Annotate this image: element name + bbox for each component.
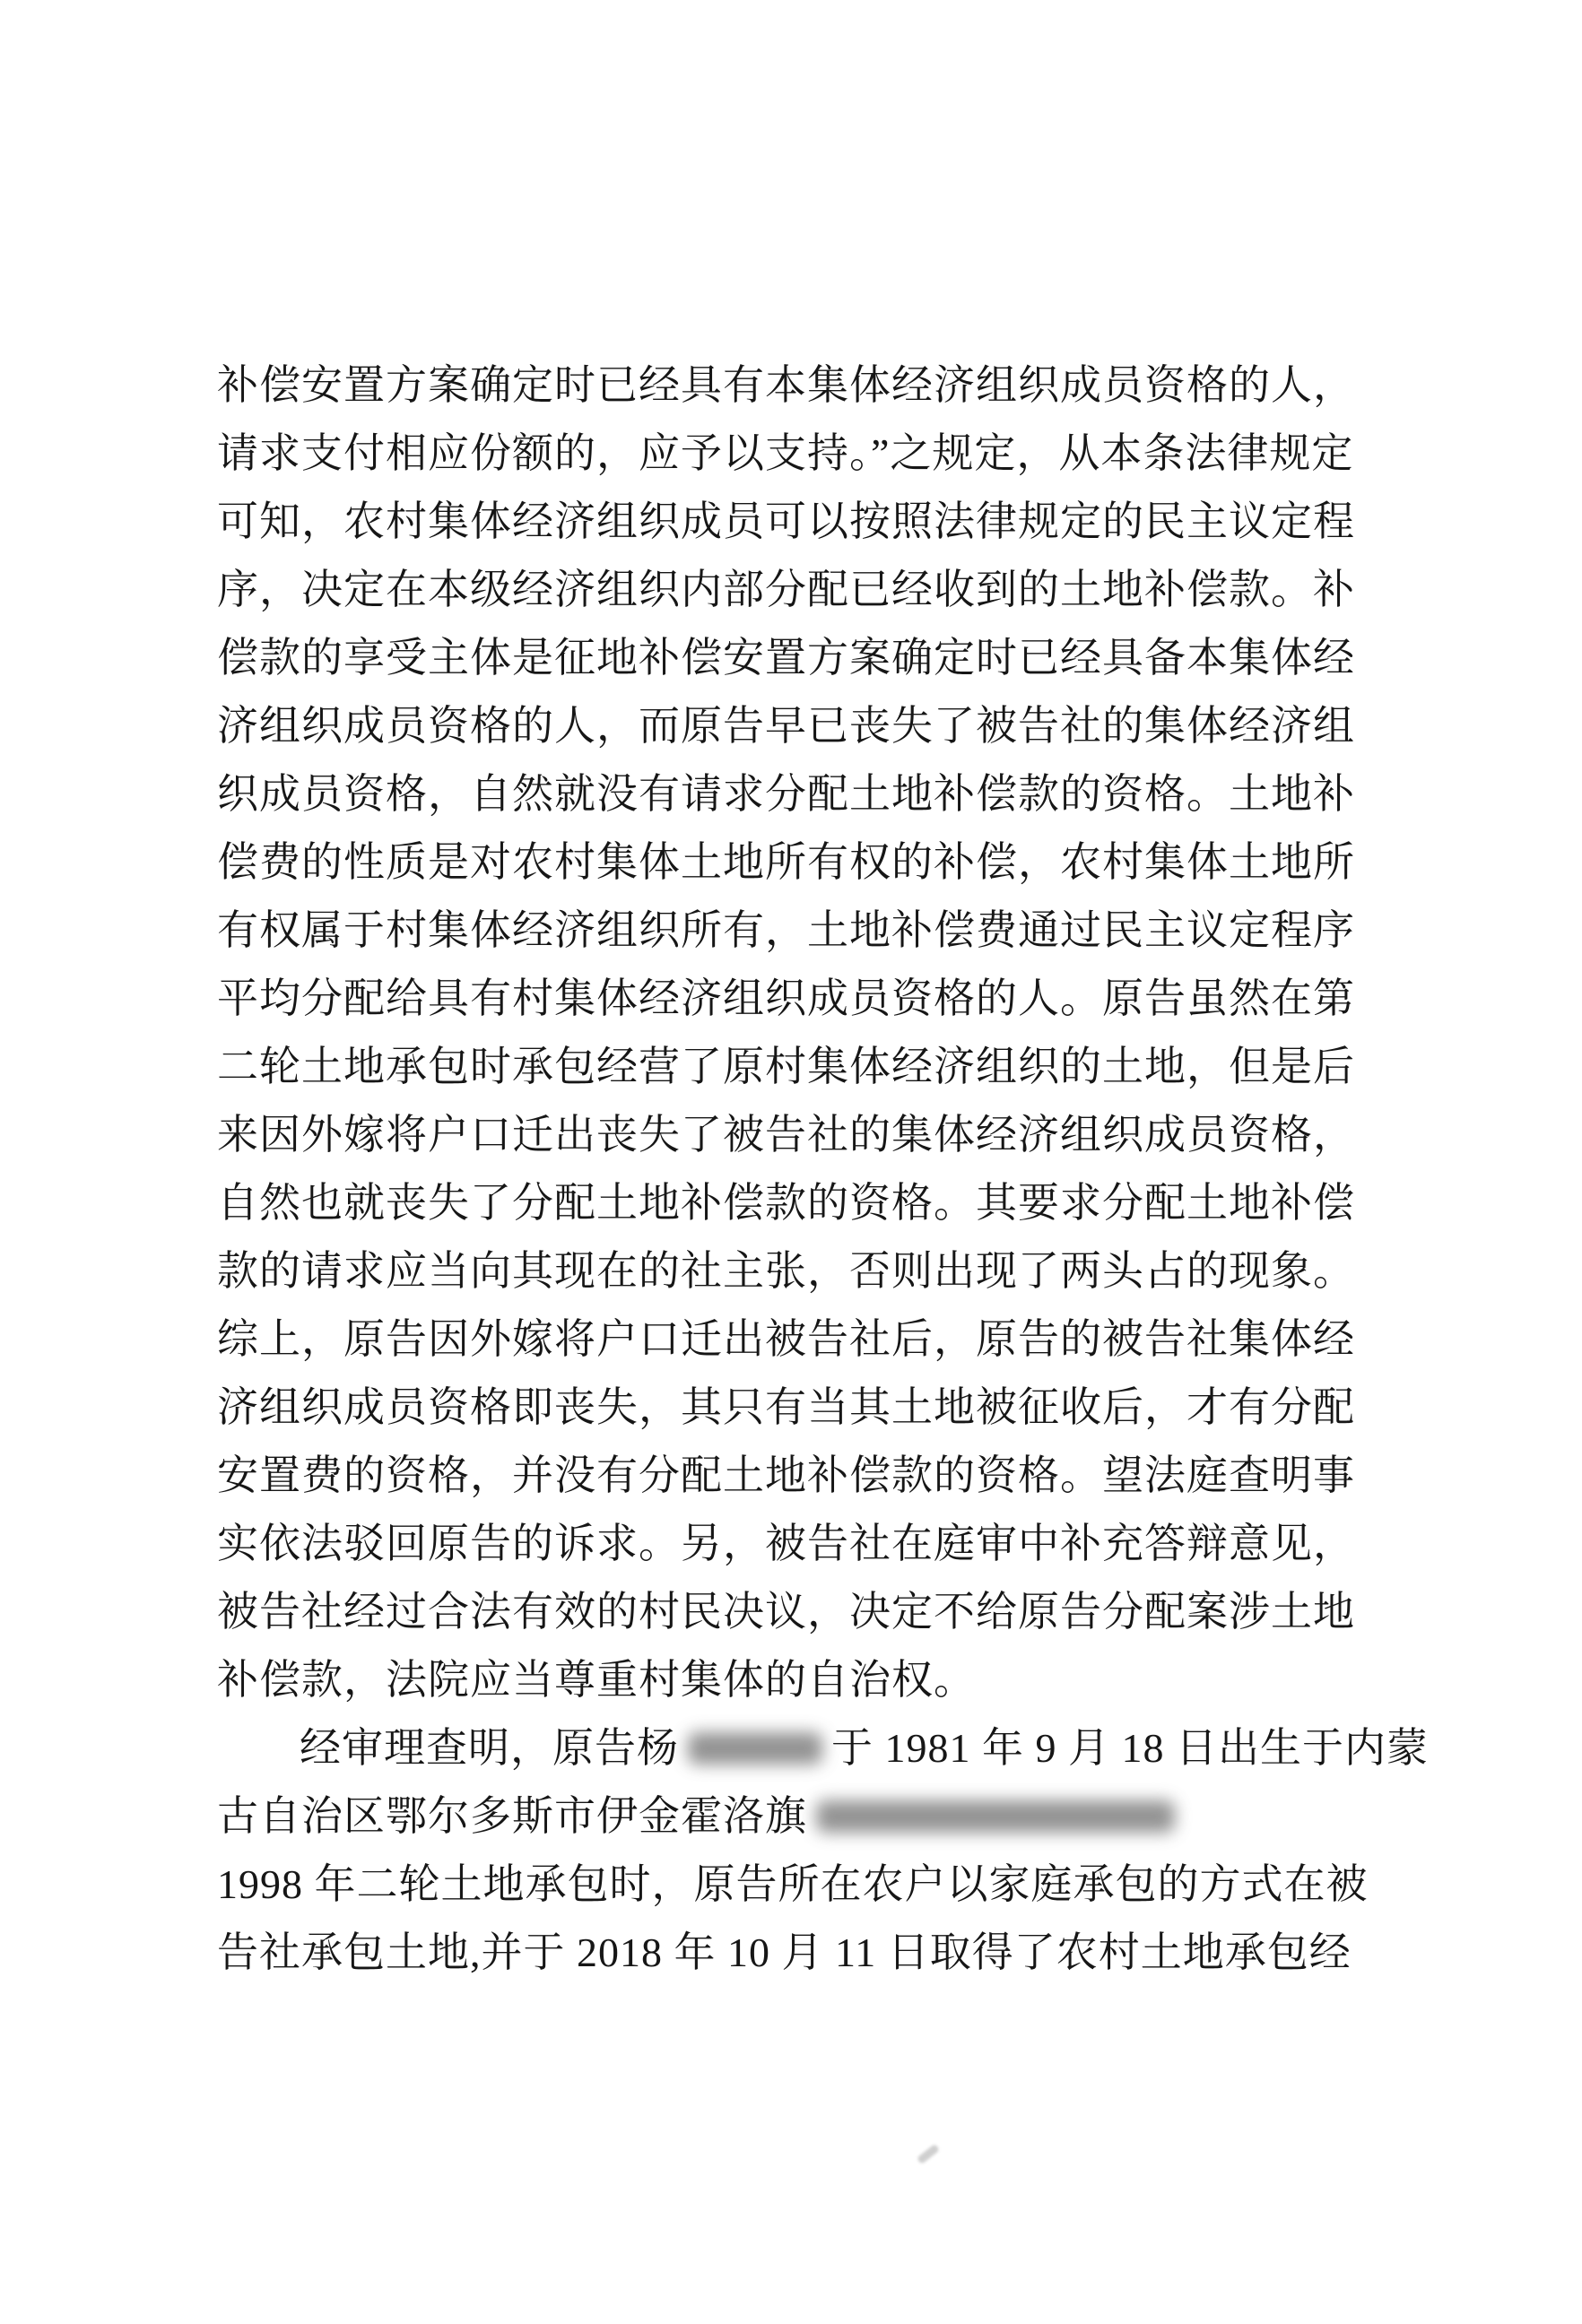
scan-artifact (917, 2144, 940, 2164)
line-text: 偿款的享受主体是征地补偿安置方案确定时已经具备本集体经 (217, 635, 1355, 681)
line-text: 古自治区鄂尔多斯市伊金霍洛旗 (217, 1793, 807, 1839)
text-block: 补偿安置方案确定时已经具有本集体经济组织成员资格的人，请求支付相应份额的，应予以… (217, 351, 1343, 1987)
line-text: 序，决定在本级经济组织内部分配已经收到的土地补偿款。补 (217, 567, 1355, 612)
document-line-8: 偿费的性质是对农村集体土地所有权的补偿，农村集体土地所 (217, 828, 1343, 897)
line-text: 可知，农村集体经济组织成员可以按照法律规定的民主议定程 (217, 499, 1355, 544)
document-line-16: 济组织成员资格即丧失，其只有当其土地被征收后，才有分配 (217, 1374, 1343, 1442)
document-line-18: 实依法驳回原告的诉求。另，被告社在庭审中补充答辩意见， (217, 1510, 1343, 1578)
line-text: 自然也就丧失了分配土地补偿款的资格。其要求分配土地补偿 (217, 1180, 1355, 1226)
document-line-12: 来因外嫁将户口迁出丧失了被告社的集体经济组织成员资格， (217, 1101, 1343, 1169)
line-text: 告社承包土地,并于 2018 年 10 月 11 日取得了农村土地承包经 (217, 1929, 1352, 1975)
redaction-plaintiff-address (816, 1800, 1175, 1833)
line-text: 实依法驳回原告的诉求。另，被告社在庭审中补充答辩意见， (217, 1521, 1355, 1566)
document-line-2: 请求支付相应份额的，应予以支持。”之规定，从本条法律规定 (217, 420, 1343, 488)
document-line-14: 款的请求应当向其现在的社主张，否则出现了两头占的现象。 (217, 1237, 1343, 1305)
line-text: 经审理查明，原告杨 (300, 1725, 679, 1771)
line-text: 平均分配给具有村集体经济组织成员资格的人。原告虽然在第 (217, 976, 1355, 1021)
line-text: 1998 年二轮土地承包时，原告所在农户以家庭承包的方式在被 (217, 1861, 1369, 1907)
line-text: 款的请求应当向其现在的社主张，否则出现了两头占的现象。 (217, 1248, 1355, 1294)
line-text: 安置费的资格，并没有分配土地补偿款的资格。望法庭查明事 (217, 1452, 1355, 1498)
line-text: 于 1981 年 9 月 18 日出生于内蒙 (831, 1725, 1429, 1771)
line-text: 来因外嫁将户口迁出丧失了被告社的集体经济组织成员资格， (217, 1112, 1355, 1158)
line-text: 综上，原告因外嫁将户口迁出被告社后，原告的被告社集体经 (217, 1316, 1355, 1362)
document-line-4: 序，决定在本级经济组织内部分配已经收到的土地补偿款。补 (217, 556, 1343, 624)
line-text: 济组织成员资格的人，而原告早已丧失了被告社的集体经济组 (217, 703, 1355, 749)
line-text: 二轮土地承包时承包经营了原村集体经济组织的土地，但是后 (217, 1044, 1355, 1089)
line-text: 织成员资格，自然就没有请求分配土地补偿款的资格。土地补 (217, 771, 1355, 817)
line-text: 有权属于村集体经济组织所有，土地补偿费通过民主议定程序 (217, 907, 1355, 953)
document-line-19: 被告社经过合法有效的村民决议，决定不给原告分配案涉土地 (217, 1578, 1343, 1646)
document-line-24: 告社承包土地,并于 2018 年 10 月 11 日取得了农村土地承包经 (217, 1919, 1343, 1987)
document-line-6: 济组织成员资格的人，而原告早已丧失了被告社的集体经济组 (217, 692, 1343, 760)
document-line-3: 可知，农村集体经济组织成员可以按照法律规定的民主议定程 (217, 488, 1343, 556)
document-line-22: 古自治区鄂尔多斯市伊金霍洛旗 (217, 1782, 1343, 1851)
document-line-17: 安置费的资格，并没有分配土地补偿款的资格。望法庭查明事 (217, 1442, 1343, 1510)
document-line-10: 平均分配给具有村集体经济组织成员资格的人。原告虽然在第 (217, 965, 1343, 1033)
redaction-plaintiff-name (688, 1732, 822, 1765)
document-line-11: 二轮土地承包时承包经营了原村集体经济组织的土地，但是后 (217, 1033, 1343, 1101)
document-line-7: 织成员资格，自然就没有请求分配土地补偿款的资格。土地补 (217, 760, 1343, 828)
document-line-20: 补偿款，法院应当尊重村集体的自治权。 (217, 1646, 1343, 1714)
line-text: 请求支付相应份额的，应予以支持。”之规定，从本条法律规定 (217, 430, 1353, 476)
line-text: 偿费的性质是对农村集体土地所有权的补偿，农村集体土地所 (217, 839, 1355, 885)
document-line-15: 综上，原告因外嫁将户口迁出被告社后，原告的被告社集体经 (217, 1305, 1343, 1374)
document-line-9: 有权属于村集体经济组织所有，土地补偿费通过民主议定程序 (217, 897, 1343, 965)
line-text: 济组织成员资格即丧失，其只有当其土地被征收后，才有分配 (217, 1384, 1355, 1430)
document-line-23: 1998 年二轮土地承包时，原告所在农户以家庭承包的方式在被 (217, 1851, 1343, 1919)
line-text: 被告社经过合法有效的村民决议，决定不给原告分配案涉土地 (217, 1589, 1355, 1635)
document-line-13: 自然也就丧失了分配土地补偿款的资格。其要求分配土地补偿 (217, 1169, 1343, 1237)
document-line-5: 偿款的享受主体是征地补偿安置方案确定时已经具备本集体经 (217, 624, 1343, 692)
line-text: 补偿款，法院应当尊重村集体的自治权。 (217, 1657, 976, 1703)
line-text: 补偿安置方案确定时已经具有本集体经济组织成员资格的人， (217, 362, 1355, 408)
document-line-1: 补偿安置方案确定时已经具有本集体经济组织成员资格的人， (217, 351, 1343, 420)
document-line-21: 经审理查明，原告杨于 1981 年 9 月 18 日出生于内蒙 (217, 1714, 1343, 1782)
scanned-court-document-page: 补偿安置方案确定时已经具有本集体经济组织成员资格的人，请求支付相应份额的，应予以… (0, 0, 1582, 2324)
